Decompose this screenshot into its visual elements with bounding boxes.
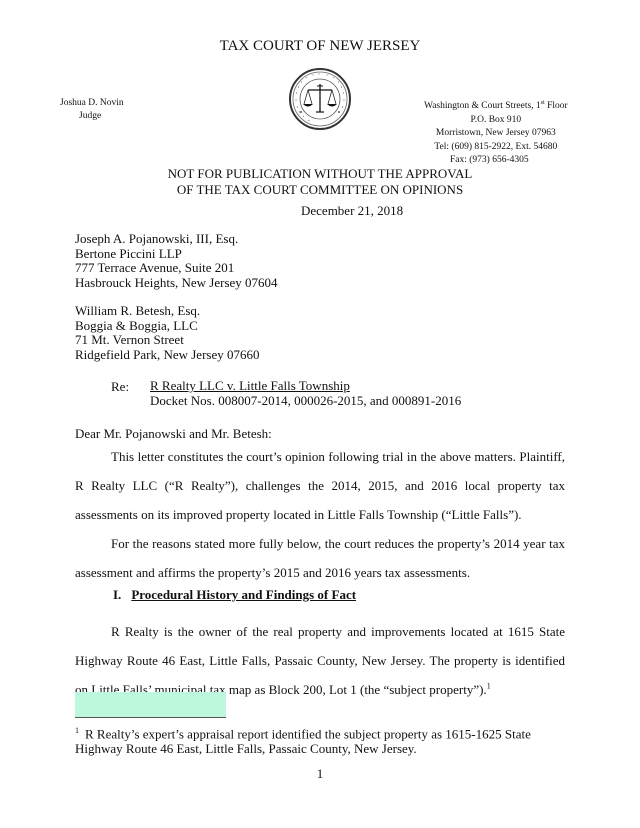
highlight-box xyxy=(75,692,226,717)
page-number: 1 xyxy=(0,766,640,782)
recipient-address-2: William R. Betesh, Esq. Boggia & Boggia,… xyxy=(75,304,260,362)
body-paragraph: R Realty is the owner of the real proper… xyxy=(75,617,565,704)
section-title: Procedural History and Findings of Fact xyxy=(131,587,356,602)
body-paragraph: This letter constitutes the court’s opin… xyxy=(75,442,565,529)
recipient-line: 777 Terrace Avenue, Suite 201 xyxy=(75,261,278,276)
recipient-line: Bertone Piccini LLP xyxy=(75,247,278,262)
recipient-line: William R. Betesh, Esq. xyxy=(75,304,260,319)
footnote: 1R Realty’s expert’s appraisal report id… xyxy=(75,724,555,756)
judge-title: Judge xyxy=(60,110,124,123)
judge-name: Joshua D. Novin xyxy=(60,97,124,110)
salutation: Dear Mr. Pojanowski and Mr. Betesh: xyxy=(75,426,272,442)
re-block: R Realty LLC v. Little Falls Township Do… xyxy=(150,379,461,408)
recipient-line: Ridgefield Park, New Jersey 07660 xyxy=(75,348,260,363)
address-line-4: Tel: (609) 815-2922, Ext. 54680 xyxy=(424,141,568,155)
recipient-line: Boggia & Boggia, LLC xyxy=(75,319,260,334)
court-address-block: Washington & Court Streets, 1st Floor P.… xyxy=(424,97,568,168)
footnote-reference[interactable]: 1 xyxy=(487,682,491,691)
body-paragraph: For the reasons stated more fully below,… xyxy=(75,529,565,587)
address-line-1: Washington & Court Streets, 1st Floor xyxy=(424,97,568,114)
footnote-text: R Realty’s expert’s appraisal report ide… xyxy=(75,726,531,756)
address-line-2: P.O. Box 910 xyxy=(424,114,568,128)
footnote-number: 1 xyxy=(75,726,79,735)
court-name-heading: TAX COURT OF NEW JERSEY xyxy=(0,38,640,55)
section-heading: I.Procedural History and Findings of Fac… xyxy=(113,587,356,603)
letter-date: December 21, 2018 xyxy=(301,203,403,219)
recipient-address-1: Joseph A. Pojanowski, III, Esq. Bertone … xyxy=(75,232,278,290)
docket-numbers: Docket Nos. 008007-2014, 000026-2015, an… xyxy=(150,394,461,409)
case-name: R Realty LLC v. Little Falls Township xyxy=(150,379,461,394)
judge-block: Joshua D. Novin Judge xyxy=(60,97,124,123)
footnote-separator xyxy=(75,717,226,718)
court-seal-scales-icon xyxy=(284,68,356,130)
recipient-line: 71 Mt. Vernon Street xyxy=(75,333,260,348)
notice-line-2: OF THE TAX COURT COMMITTEE ON OPINIONS xyxy=(0,182,640,198)
publication-notice: NOT FOR PUBLICATION WITHOUT THE APPROVAL… xyxy=(0,166,640,198)
recipient-line: Hasbrouck Heights, New Jersey 07604 xyxy=(75,276,278,291)
recipient-line: Joseph A. Pojanowski, III, Esq. xyxy=(75,232,278,247)
notice-line-1: NOT FOR PUBLICATION WITHOUT THE APPROVAL xyxy=(0,166,640,182)
section-number: I. xyxy=(113,587,121,602)
address-line-3: Morristown, New Jersey 07963 xyxy=(424,127,568,141)
re-label: Re: xyxy=(111,379,129,395)
